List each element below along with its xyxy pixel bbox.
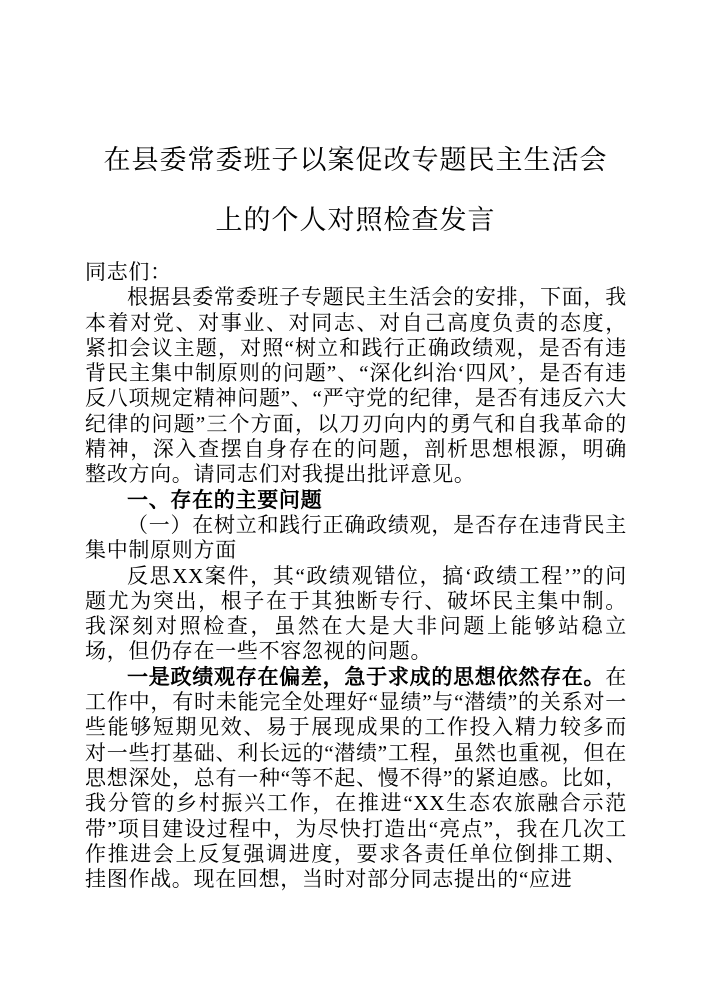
paragraph-point-1: 一是政绩观存在偏差，急于求成的思想依然存在。在工作中，有时未能完全处理好“显绩”… xyxy=(85,665,627,893)
document-title-line-1: 在县委常委班子以案促改专题民主生活会 xyxy=(0,130,711,190)
salutation: 同志们： xyxy=(85,260,627,285)
section-heading-1-1: （一）在树立和践行正确政绩观，是否存在违背民主集中制原则方面 xyxy=(85,513,627,564)
document-title-line-2: 上的个人对照检查发言 xyxy=(0,190,711,250)
paragraph-point-1-body: 在工作中，有时未能完全处理好“显绩”与“潜绩”的关系对一些能够短期见效、易于展现… xyxy=(85,665,627,891)
document-page: 在县委常委班子以案促改专题民主生活会 上的个人对照检查发言 同志们： 根据县委常… xyxy=(0,0,711,1006)
paragraph-intro: 根据县委常委班子专题民主生活会的安排，下面，我本着对党、对事业、对同志、对自己高… xyxy=(85,285,627,487)
paragraph-reflection: 反思XX案件，其“政绩观错位，搞‘政绩工程’”的问题尤为突出，根子在于其独断专行… xyxy=(85,564,627,665)
paragraph-point-1-bold-lead: 一是政绩观存在偏差，急于求成的思想依然存在。 xyxy=(127,665,605,689)
document-title: 在县委常委班子以案促改专题民主生活会 上的个人对照检查发言 xyxy=(0,0,711,250)
section-heading-1: 一、存在的主要问题 xyxy=(85,488,627,513)
document-body: 同志们： 根据县委常委班子专题民主生活会的安排，下面，我本着对党、对事业、对同志… xyxy=(85,260,627,892)
